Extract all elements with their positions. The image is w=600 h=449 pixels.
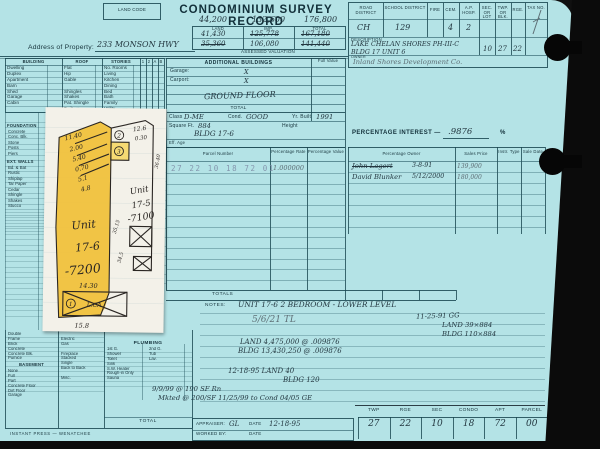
appraiser-box: APPRAISER: GL DATE 12-18-95 WORKED BY: D… (192, 418, 354, 441)
side-35-15: 35.15 (112, 219, 122, 234)
dim-0-30: 0.30 (135, 135, 148, 143)
floor-plan-photo: 2 3 1 11.40 2.00 5.40 0.70 5.1 4.8 12.6 … (42, 107, 166, 333)
page-bottom-edge (0, 441, 600, 449)
note-right2: LAND 39×884 (442, 321, 492, 329)
note-right1: 11-25-91 GG (416, 311, 460, 321)
parcel-footer-headers: TWPRGESECCONDOAPTPARCEL (358, 408, 548, 416)
dim-15-8: 15.8 (74, 322, 89, 330)
note-right3: BLDG 110×884 (442, 330, 496, 338)
unit-adj-line3: -7100 (127, 210, 156, 225)
hole-punch-top-stem (560, 41, 582, 54)
note-calc1: LAND 4,475,000 @ .009876 (240, 338, 340, 346)
unit-main-line2: 17-6 (75, 239, 101, 254)
plumbing-total-label: TOTAL (104, 419, 192, 424)
floor-plan-sketch: 2 3 1 11.40 2.00 5.40 0.70 5.1 4.8 12.6 … (42, 107, 166, 333)
parcel-footer-values: 272210187200 (358, 419, 548, 429)
side-36-40: 36.40 (154, 153, 163, 169)
sqft-label: Square Ft. (169, 124, 194, 130)
note-rules (200, 0, 545, 420)
address-label: Address of Property: (28, 44, 94, 51)
appraiser-value: GL (229, 420, 239, 428)
circle-1: 1 (69, 301, 73, 308)
address-value: 233 MONSON HWY (97, 40, 179, 49)
eff-age-label: Eff. Age (169, 141, 185, 146)
note-calc4: BLDG 120 (283, 376, 320, 384)
note-calc3: 12-18-95 LAND 40 (228, 367, 294, 375)
circle-3: 3 (117, 149, 121, 156)
scanned-record-page: LAND CODE CONDOMINIUM SURVEY RECORD 44,2… (0, 0, 600, 449)
deck-label: L.CA (86, 302, 103, 309)
appraiser-date-value: 12-18-95 (269, 420, 300, 428)
unit-adj-line2: 17-5 (131, 198, 151, 211)
dim-14-30: 14.30 (79, 282, 98, 290)
garage-label: Garage: (170, 69, 189, 75)
appraiser-label: APPRAISER: (196, 422, 225, 427)
worked-by-date-label: DATE (249, 432, 261, 437)
dim-12-6: 12.6 (133, 125, 147, 134)
class-label: Class (169, 115, 183, 121)
circle-2: 2 (116, 133, 121, 140)
carport-label: Carport: (170, 78, 190, 84)
building-grid: BUILDING ROOF STORIES 1 2 A B DwellingDu… (5, 58, 164, 112)
worked-by-label: WORKED BY: (196, 432, 227, 437)
survey-record-card: LAND CODE CONDOMINIUM SURVEY RECORD 44,2… (0, 0, 573, 441)
note-calc2: BLDG 13,430,250 @ .009876 (238, 347, 342, 355)
appraiser-date-label: DATE (249, 422, 261, 427)
printer-brand: INSTANT PRESS — WENATCHEE (10, 432, 91, 437)
construction-block: DoubleFrameBrickConcreteConcrete Blk.Pum… (5, 330, 192, 428)
hole-punch-bottom-stem (555, 155, 582, 168)
note-center-pencil: 5/6/21 TL (252, 315, 296, 325)
unit-main-line1: Unit (71, 217, 97, 232)
parcel-footer: TWPRGESECCONDOAPTPARCEL 272210187200 (358, 408, 548, 439)
unit-adj-line1: Unit (129, 184, 150, 197)
